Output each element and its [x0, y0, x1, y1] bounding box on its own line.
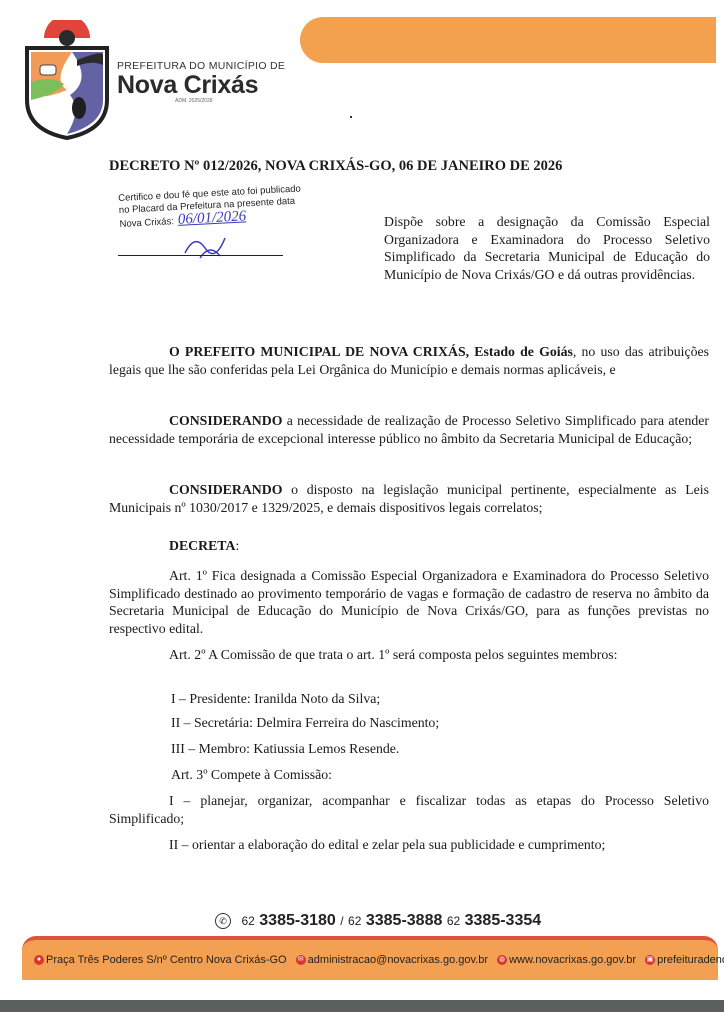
footer-website[interactable]: www.novacrixas.go.gov.br	[509, 954, 636, 966]
member-member: III – Membro: Katiussia Lemos Resende.	[109, 740, 709, 758]
certificate-line-3-label: Nova Crixás:	[119, 216, 174, 230]
phone-icon: ✆	[215, 913, 231, 929]
phone-separator: /	[340, 914, 343, 928]
footer-address: Praça Três Poderes S/nº Centro Nova Crix…	[46, 954, 287, 966]
considerando-1-bold: CONSIDERANDO	[169, 413, 282, 428]
competency-2: II – orientar a elaboração do edital e z…	[109, 836, 709, 854]
decree-ementa: Dispõe sobre a designação da Comissão Es…	[384, 213, 710, 283]
email-icon: ✉	[296, 955, 306, 965]
city-name: Nova Crixás	[117, 72, 285, 98]
article-1: Art. 1º Fica designada a Comissão Especi…	[109, 567, 709, 637]
footer-email[interactable]: administracao@novacrixas.go.gov.br	[308, 954, 488, 966]
decree-title: DECRETO Nº 012/2026, NOVA CRIXÁS-GO, 06 …	[109, 158, 562, 175]
footer-instagram[interactable]: prefeituradenovacrixas	[657, 954, 724, 966]
preamble-paragraph: O PREFEITO MUNICIPAL DE NOVA CRIXÁS, Est…	[109, 343, 709, 378]
phone-3: 3385-3354	[465, 912, 542, 929]
considerando-1-paragraph: CONSIDERANDO a necessidade de realização…	[109, 412, 709, 447]
phone-1-prefix: 62	[241, 914, 254, 928]
article-1-text: Art. 1º Fica designada a Comissão Especi…	[109, 567, 709, 637]
member-item: II – Secretária: Delmira Ferreira do Nas…	[109, 714, 709, 732]
phone-2-prefix: 62	[348, 914, 361, 928]
scan-edge-strip	[0, 1000, 724, 1012]
footer-phones: ✆ 62 3385-3180 / 62 3385-3888 62 3385-33…	[215, 912, 541, 930]
location-pin-icon: ●	[34, 955, 44, 965]
competency-item: II – orientar a elaboração do edital e z…	[109, 836, 709, 854]
signature-line	[118, 255, 283, 256]
signature-scribble-icon	[180, 228, 240, 263]
considerando-2-bold: CONSIDERANDO	[169, 482, 282, 497]
publication-certificate-stamp: Certifico e dou fé que este ato foi publ…	[118, 183, 302, 231]
handwritten-date: 06/01/2026	[177, 208, 246, 228]
header-accent-bar	[300, 17, 716, 63]
phone-1: 3385-3180	[259, 912, 336, 929]
article-3: Art. 3º Compete à Comissão:	[109, 766, 709, 784]
prefecture-brand: PREFEITURA DO MUNICÍPIO DE Nova Crixás A…	[117, 60, 285, 104]
article-3-text: Art. 3º Compete à Comissão:	[109, 766, 709, 784]
footer-contacts: ●Praça Três Poderes S/nº Centro Nova Cri…	[34, 954, 724, 966]
competency-1: I – planejar, organizar, acompanhar e fi…	[109, 792, 709, 827]
considerando-2-paragraph: CONSIDERANDO o disposto na legislação mu…	[109, 481, 709, 516]
decreta-bold: DECRETA	[169, 538, 235, 553]
member-item: I – Presidente: Iranilda Noto da Silva;	[109, 690, 709, 708]
scan-speck	[350, 116, 352, 118]
article-2: Art. 2º A Comissão de que trata o art. 1…	[109, 646, 709, 664]
preamble-bold: O PREFEITO MUNICIPAL DE NOVA CRIXÁS, Est…	[169, 344, 573, 359]
member-president: I – Presidente: Iranilda Noto da Silva;	[109, 690, 709, 708]
member-secretary: II – Secretária: Delmira Ferreira do Nas…	[109, 714, 709, 732]
municipal-coat-of-arms-logo	[22, 20, 112, 140]
phone-2: 3385-3888	[366, 912, 443, 929]
decreta-heading: DECRETA:	[109, 537, 709, 555]
competency-item: I – planejar, organizar, acompanhar e fi…	[109, 792, 709, 827]
phone-3-prefix: 62	[447, 914, 460, 928]
instagram-icon: ▣	[645, 955, 655, 965]
article-2-text: Art. 2º A Comissão de que trata o art. 1…	[109, 646, 709, 664]
member-item: III – Membro: Katiussia Lemos Resende.	[109, 740, 709, 758]
decreta-colon: :	[235, 538, 239, 553]
globe-icon: ◍	[497, 955, 507, 965]
